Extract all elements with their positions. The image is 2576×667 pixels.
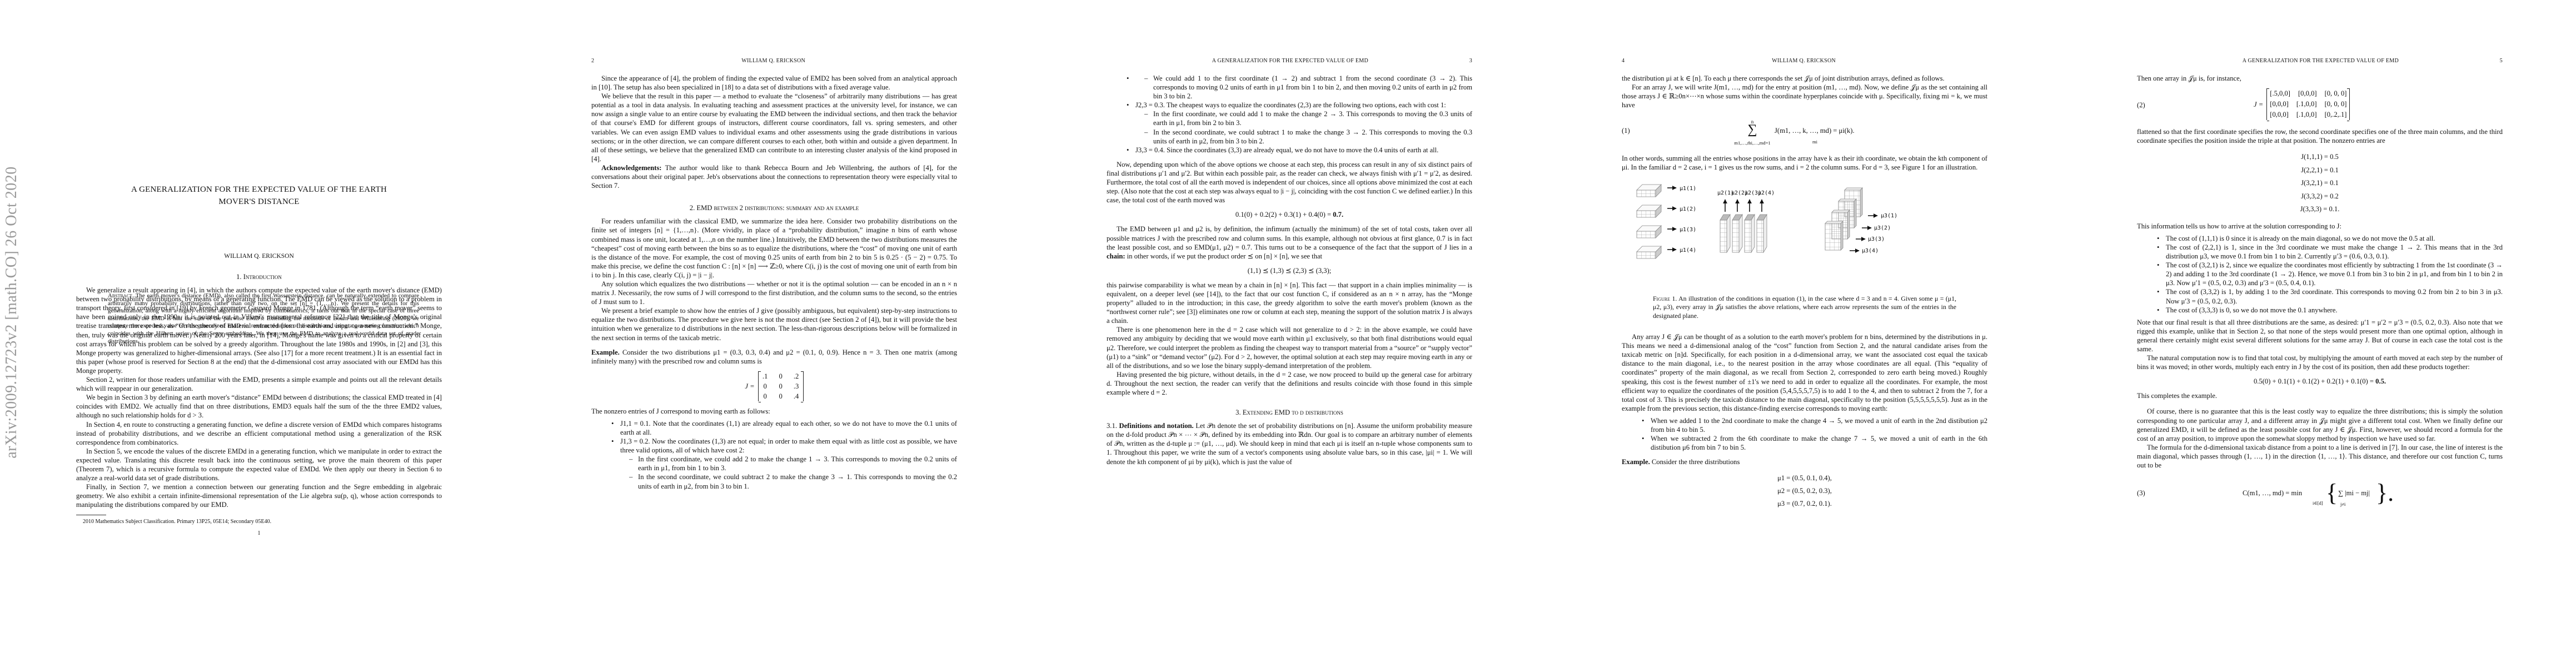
paragraph: There is one phenomenon here in the d = … — [1107, 325, 1472, 370]
list-item: The cost of (2,2,1) is 1, since in the 3… — [2166, 243, 2503, 261]
figure-caption: Figure 1. An illustration of the conditi… — [1653, 295, 1956, 321]
list-item: The cost of (3,2,1) is 2, since we equal… — [2166, 261, 2503, 287]
list-item: When we added 1 to the 2nd coordinate to… — [1651, 416, 1987, 434]
running-head: 2 WILLIAM Q. ERICKSON — [591, 58, 957, 64]
page-number: 1 — [76, 529, 442, 538]
paragraph: We begin in Section 3 by defining an ear… — [76, 393, 442, 420]
figure-label: μ3(4) — [1862, 247, 1879, 256]
paragraph: Now, depending upon which of the above o… — [1107, 160, 1472, 205]
page-4-body: the distribution μi at k ∈ [n]. To each … — [1622, 74, 1987, 516]
section-heading: 1. Introduction — [76, 272, 442, 281]
page-number: 3 — [1469, 58, 1472, 64]
figure-label: μ3(2) — [1874, 224, 1891, 233]
paragraph: Any array J ∈ 𝒥μ can be thought of as a … — [1622, 332, 1987, 413]
paragraph: We present a brief example to show how t… — [591, 306, 957, 342]
figure-label: μ3(3) — [1868, 235, 1885, 244]
paragraph: The natural computation now is to find t… — [2137, 354, 2503, 371]
bullet-list: The cost of (1,1,1) is 0 since it is alr… — [2137, 234, 2503, 315]
running-head-title: A GENERALIZATION FOR THE EXPECTED VALUE … — [1111, 58, 1469, 64]
equation-3: (3) C(m1, …, md) = min i∈[d] { ∑ |mi − m… — [2137, 477, 2503, 511]
figure-label: μ1(1) — [1680, 185, 1696, 193]
page-3: A GENERALIZATION FOR THE EXPECTED VALUE … — [1030, 0, 1546, 667]
page-2: 2 WILLIAM Q. ERICKSON Since the appearan… — [515, 0, 1030, 667]
paragraph: This information tells us how to arrive … — [2137, 222, 2503, 231]
figure-label: μ1(2) — [1680, 205, 1696, 214]
paragraph: For readers unfamiliar with the classica… — [591, 217, 957, 280]
running-head: 4 WILLIAM Q. ERICKSON — [1622, 58, 1987, 64]
figure-1: μ1(1) μ1(2) μ1(3) μ1(4) μ2(1) μ2(2) μ2(3… — [1622, 180, 1987, 286]
running-head: A GENERALIZATION FOR THE EXPECTED VALUE … — [1107, 58, 1472, 64]
sub-list-item: In the first coordinate, we could add 1 … — [1153, 109, 1472, 127]
list-item: When we subtracted 2 from the 6th coordi… — [1651, 434, 1987, 452]
paragraph: the distribution μi at k ∈ [n]. To each … — [1622, 74, 1987, 83]
bullet-list: When we added 1 to the 2nd coordinate to… — [1622, 416, 1987, 452]
paragraph: Having presented the big picture, withou… — [1107, 370, 1472, 397]
page-3-body: We could add 1 to the first coordinate (… — [1107, 74, 1472, 466]
figure-label: μ2(4) — [1758, 189, 1775, 198]
paper-author: WILLIAM Q. ERICKSON — [76, 253, 442, 260]
acknowledgements: Acknowledgements: The author would like … — [591, 163, 957, 190]
equation-chain: (1,1) ⪯ (1,3) ⪯ (2,3) ⪯ (3,3); — [1107, 266, 1472, 275]
list-item: J2,3 = 0.3. The cheapest ways to equaliz… — [1135, 101, 1472, 145]
bullet-list: J1,1 = 0.1. Note that the coordinates (1… — [591, 419, 957, 491]
paragraph: We generalize a result appearing in [4],… — [76, 286, 442, 375]
paragraph: Of course, there is no guarantee that th… — [2137, 407, 2503, 442]
page-5: A GENERALIZATION FOR THE EXPECTED VALUE … — [2061, 0, 2576, 667]
list-item: The cost of (1,1,1) is 0 since it is alr… — [2166, 234, 2503, 243]
matrix-J: .10.2 00.3 00.4 — [758, 371, 804, 401]
equation-total-cost: 0.1(0) + 0.2(2) + 0.3(1) + 0.4(0) = 0.7. — [1107, 210, 1472, 219]
paragraph: The formula for the d-dimensional taxica… — [2137, 443, 2503, 470]
sub-list-item: We could add 1 to the first coordinate (… — [1153, 74, 1472, 101]
section-heading: 2. EMD between 2 distributions: summary … — [591, 203, 957, 212]
equation-2: (2) J = [.5,0,0][0,0,0][0, 0, 0] [0,0,0]… — [2137, 88, 2503, 122]
distributions-list: μ1 = (0.5, 0.1, 0.4), μ2 = (0.5, 0.2, 0.… — [1622, 472, 1987, 510]
list-item: The cost of (3,3,3) is 0, so we do not m… — [2166, 306, 2503, 315]
page-4: 4 WILLIAM Q. ERICKSON the distribution μ… — [1546, 0, 2061, 667]
list-item: J1,3 = 0.2. Now the coordinates (1,3) ar… — [620, 437, 957, 491]
paragraph: Note that our final result is that all t… — [2137, 318, 2503, 354]
paragraph: The nonzero entries of J correspond to m… — [591, 407, 957, 416]
array-J: [.5,0,0][0,0,0][0, 0, 0] [0,0,0][.1,0,0]… — [2266, 88, 2350, 120]
equation-1: (1) n ∑ m1,…,m̂i,…,md=1 J(m1, …, k, …, m… — [1622, 117, 1987, 146]
paragraph: For an array J, we will write J(m1, …, m… — [1622, 83, 1987, 109]
example: Example. Consider the three distribution… — [1622, 457, 1987, 466]
list-item: J1,1 = 0.1. Note that the coordinates (1… — [620, 419, 957, 437]
running-head: A GENERALIZATION FOR THE EXPECTED VALUE … — [2137, 58, 2503, 64]
list-item: J3,3 = 0.4. Since the coordinates (3,3) … — [1135, 146, 1472, 155]
paragraph: Since the appearance of [4], the problem… — [591, 74, 957, 92]
page-number: 5 — [2500, 58, 2503, 64]
paragraph: Then one array in 𝒥μ is, for instance, — [2137, 74, 2503, 83]
figure-label: μ3(1) — [1881, 212, 1897, 221]
section-heading: 3. Extending EMD to d distributions — [1107, 408, 1472, 417]
paragraph: The EMD between μ1 and μ2 is, by definit… — [1107, 225, 1472, 260]
paragraph: flattened so that the first coordinate s… — [2137, 127, 2503, 145]
paragraph: We believe that the result in this paper… — [591, 92, 957, 163]
equation-total-cost: 0.5(0) + 0.1(1) + 0.1(2) + 0.2(1) + 0.1(… — [2137, 377, 2503, 386]
footnote-rule — [76, 515, 106, 515]
paragraph: this pairwise comparability is what we m… — [1107, 281, 1472, 325]
nonzero-entries: J(1,1,1) = 0.5 J(2,2,1) = 0.1 J(3,2,1) =… — [2137, 151, 2503, 216]
page-1: arXiv:2009.12723v2 [math.CO] 26 Oct 2020… — [0, 0, 515, 667]
running-head-title: A GENERALIZATION FOR THE EXPECTED VALUE … — [2141, 58, 2500, 64]
arxiv-stamp: arXiv:2009.12723v2 [math.CO] 26 Oct 2020 — [3, 146, 20, 479]
sub-list-item: In the first coordinate, we could add 2 … — [638, 455, 957, 472]
paragraph: Section 2, written for those readers unf… — [76, 375, 442, 393]
running-head-title: WILLIAM Q. ERICKSON — [1625, 58, 1983, 64]
paragraph: In other words, summing all the entries … — [1622, 154, 1987, 172]
paragraph: This completes the example. — [2137, 391, 2503, 400]
sub-list-item: In the second coordinate, we could subtr… — [1153, 128, 1472, 146]
running-head-title: WILLIAM Q. ERICKSON — [594, 58, 953, 64]
pdf-page-strip: arXiv:2009.12723v2 [math.CO] 26 Oct 2020… — [0, 0, 2576, 667]
paragraph: Any solution which equalizes the two dis… — [591, 280, 957, 306]
figure-1-illustration — [1622, 180, 1987, 286]
paragraph: Finally, in Section 7, we mention a conn… — [76, 482, 442, 509]
paragraph: In Section 5, we encode the values of th… — [76, 447, 442, 482]
figure-label: μ1(3) — [1680, 226, 1696, 235]
paragraph: In Section 4, en route to constructing a… — [76, 420, 442, 447]
example: Example. Consider the two distributions … — [591, 348, 957, 366]
page-5-body: Then one array in 𝒥μ is, for instance, (… — [2137, 74, 2503, 516]
sub-list-item: In the second coordinate, we could subtr… — [638, 472, 957, 490]
footnote: 2010 Mathematics Subject Classification.… — [76, 517, 442, 526]
page-2-body: Since the appearance of [4], the problem… — [591, 74, 957, 494]
paper-title: A GENERALIZATION FOR THE EXPECTED VALUE … — [76, 183, 442, 208]
figure-label: μ1(4) — [1680, 246, 1696, 255]
list-item: The cost of (3,3,2) is 1, by adding 1 to… — [2166, 287, 2503, 305]
matrix-equation: J = .10.2 00.3 00.4 — [591, 371, 957, 401]
page-1-body: 1. Introduction We generalize a result a… — [76, 272, 442, 538]
subsection: 3.1. Definitions and notation. Let 𝒫n de… — [1107, 421, 1472, 466]
